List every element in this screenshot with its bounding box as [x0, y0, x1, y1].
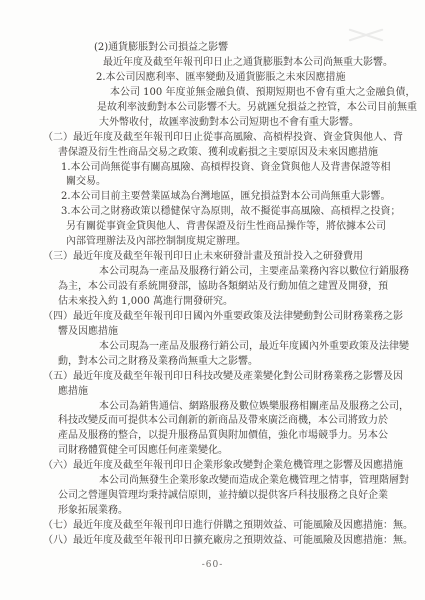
text-line: （六）最近年度及截至年報刊印日企業形象改變對企業危機管理之影響及因應措施 — [43, 459, 413, 474]
text-line: 估未來投入約 1,000 萬進行開發研究。 — [58, 295, 413, 310]
text-line: 大外幣收付，故匯率波動對本公司短期也不會有重大影響。 — [99, 116, 413, 131]
text-line: （五）最近年度及截至年報刊印日科技改變及產業變化對公司財務業務之影響及因 — [43, 370, 413, 385]
text-line: 本公司現為一產品及服務行銷公司，主要產品業務內容以數位行銷服務 — [99, 265, 413, 280]
text-line: 2.本公司因應利率、匯率變動及通貨膨脹之未來因應措施 — [96, 71, 413, 86]
text-line: 動，對本公司之財務及業務尚無重大之影響。 — [58, 355, 413, 370]
text-line: 內部管理辦法及內部控制制度規定辦理。 — [66, 235, 413, 250]
scanned-page: (2)通貨膨脹對公司損益之影響最近年度及截至年報刊印日止之通貨膨脹對本公司尚無重… — [0, 0, 425, 600]
text-line: 產品及服務的整合，以提升服務品質與附加價值，強化市場競爭力。另本公 — [58, 429, 413, 444]
text-line: 是故利率波動對本公司影響不大。另就匯兌損益之控管，本公司目前無重 — [97, 101, 413, 116]
text-line: 形象拓展業務。 — [58, 504, 413, 519]
text-line: 應措施 — [58, 385, 413, 400]
text-line: 本公司為銷售通信、網路服務及數位娛樂服務相關產品及服務之公司， — [99, 400, 413, 415]
text-line: 科技改變反而可提供本公司創新的新商品及帶來廣泛商機，本公司將致力於 — [58, 414, 413, 429]
text-line: （四）最近年度及截至年報刊印日國內外重要政策及法律變動對公司財務業務之影 — [43, 310, 413, 325]
text-line: 響及因應措施 — [58, 325, 413, 340]
text-line: 為主，本公司設有系統開發部，協助各類網站及行動加值之建置及開發，預 — [58, 280, 413, 295]
text-line: 本公司 100 年度並無金融負債、預期短期也不會有重大之金融負債， — [110, 86, 413, 101]
text-line: 2.本公司目前主要營業區域為台灣地區，匯兌損益對本公司尚無重大影響。 — [61, 190, 413, 205]
text-line: 關交易。 — [66, 175, 413, 190]
text-line: （七）最近年度及截至年報刊印日進行併購之預期效益、可能風險及因應措施：無。 — [43, 519, 413, 534]
text-line: 本公司現為一產品及服務行銷公司，最近年度國內外重要政策及法律變 — [99, 340, 413, 355]
text-line: （三）最近年度及截至年報刊印日止未來研發計畫及預計投入之研發費用 — [43, 250, 413, 265]
text-line: 1.本公司尚無從事有關高風險、高槓桿投資、資金貸與他人及背書保證等相 — [61, 161, 413, 176]
text-line: （八）最近年度及截至年報刊印日擴充廠房之預期效益、可能風險及因應措施：無。 — [43, 534, 413, 549]
text-line: 最近年度及截至年報刊印日止之通貨膨脹對本公司尚無重大影響。 — [103, 56, 413, 71]
text-line: 公司之營運與管理均秉持誠信原則，並持續以提供客戶科技服務之良好企業 — [58, 489, 413, 504]
page-footer: -60- — [0, 552, 425, 571]
text-line: 另有關從事資金貸與他人、背書保證及衍生性商品操作等，將依據本公司 — [66, 220, 413, 235]
text-line: （二）最近年度及截至年報刊印日止從事高風險、高槓桿投資、資金貸與他人、背 — [43, 131, 413, 146]
text-line: 本公司尚無發生企業形象改變而造成企業危機管理之情事，管理階層對 — [99, 474, 413, 489]
document-text: (2)通貨膨脹對公司損益之影響最近年度及截至年報刊印日止之通貨膨脹對本公司尚無重… — [0, 41, 413, 549]
text-line: (2)通貨膨脹對公司損益之影響 — [94, 41, 413, 56]
page-number: -60- — [202, 560, 224, 570]
text-line: 書保證及衍生性商品交易之政策、獲利或虧損之主要原因及未來因應措施 — [58, 146, 413, 161]
text-line: 司財務體質健全可因應任何產業變化。 — [58, 444, 413, 459]
text-line: 3.本公司之財務政策以穩健保守為原則，故不擬從事高風險、高槓桿之投資； — [61, 205, 413, 220]
